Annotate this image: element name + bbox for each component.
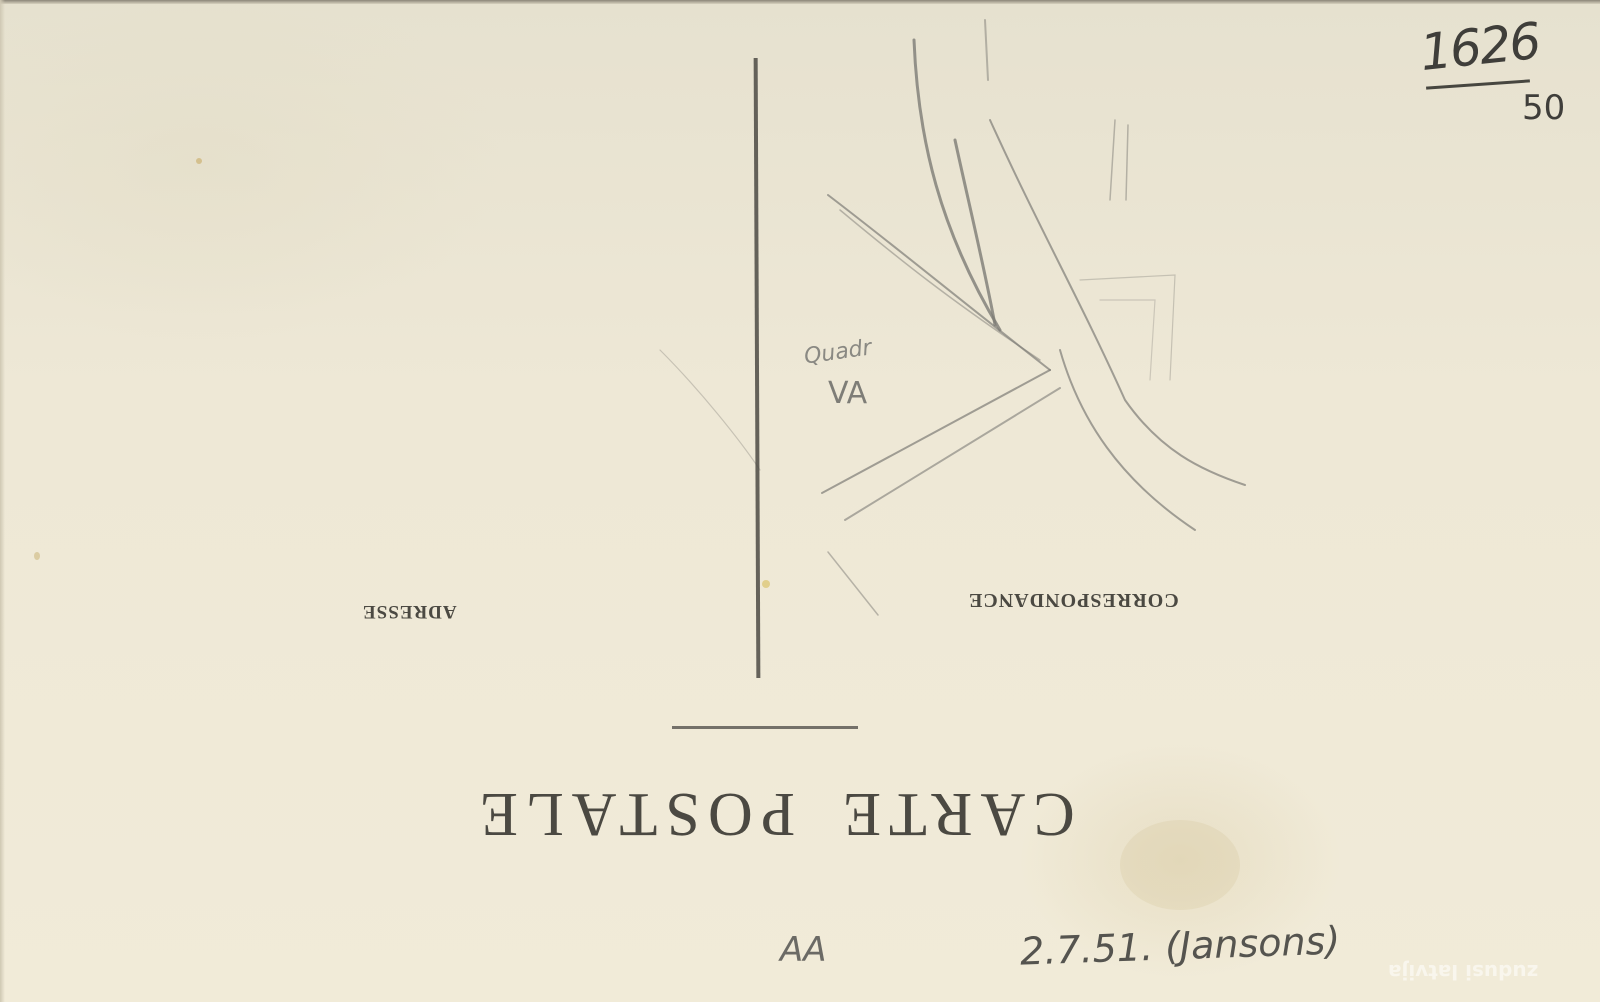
title-word-postale: POSTALE	[472, 780, 795, 848]
sketch-label-va: VA	[828, 376, 867, 411]
watermark: zudusi latvija	[1388, 960, 1538, 984]
handwritten-mark: AA	[780, 930, 827, 970]
postcard-back: CARTEPOSTALE CORRESPONDANCE ADRESSE 1626…	[0, 0, 1600, 1002]
printed-dash-rule	[672, 726, 858, 729]
correspondance-label: CORRESPONDANCE	[968, 588, 1179, 611]
printed-title: CARTEPOSTALE	[472, 778, 1075, 849]
handwritten-reference-number: 1626	[1417, 12, 1542, 82]
title-word-carte: CARTE	[835, 780, 1075, 848]
pencil-sketch-map	[0, 0, 1600, 1002]
handwritten-reference-sub: 50	[1522, 88, 1565, 128]
adresse-label: ADRESSE	[362, 600, 457, 622]
